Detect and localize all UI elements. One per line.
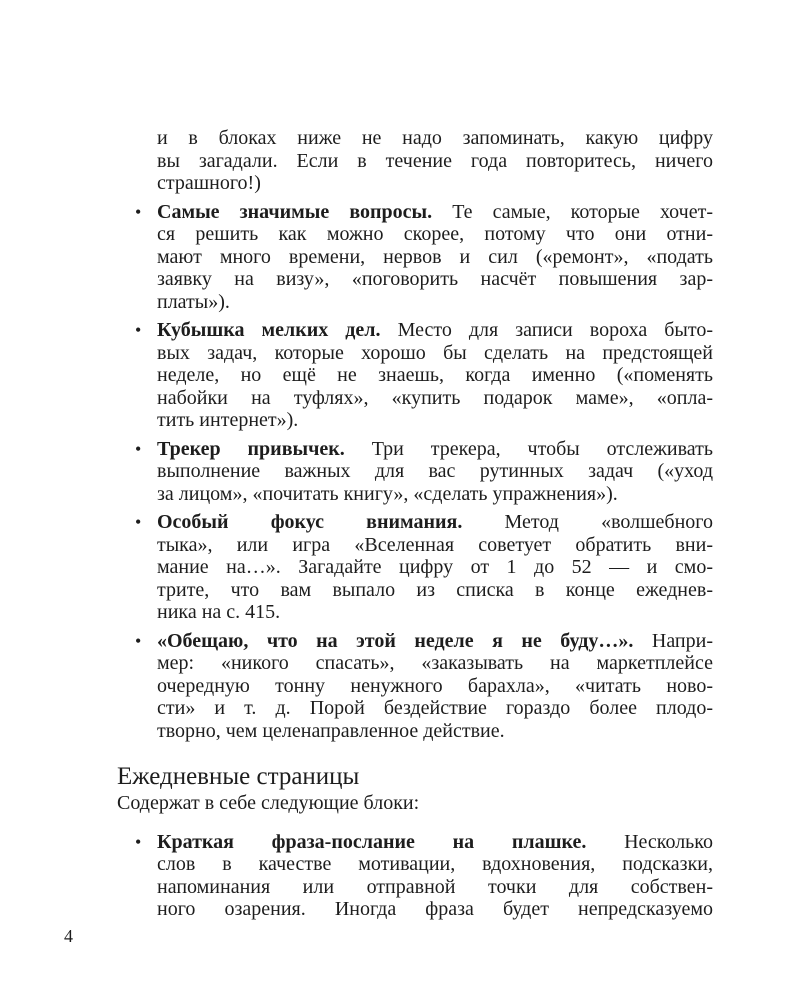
book-page: и в блоках ниже не надо запоминать, каку…: [0, 0, 800, 1000]
page-number: 4: [64, 925, 73, 947]
text-line: «Обещаю, что на этой неделе я не буду…».…: [157, 630, 713, 653]
bullet-item: •Кубышка мелких дел. Место для записи во…: [157, 319, 713, 432]
text-line: сти» и т. д. Порой бездействие гораздо б…: [157, 697, 713, 720]
text-line: Особый фокус внимания. Метод «волшебного: [157, 511, 713, 534]
bullet-lead-bold: Краткая фраза-послание на плашке.: [157, 831, 586, 853]
text-line: творно, чем целенаправленное действие.: [157, 720, 713, 743]
text-line: платы»).: [157, 291, 713, 314]
paragraph: Содержат в себе следующие блоки:: [117, 792, 713, 815]
bullet-lead-bold: Кубышка мелких дел.: [157, 319, 381, 341]
paragraph: и в блоках ниже не надо запоминать, каку…: [157, 127, 713, 195]
text-line: Кубышка мелких дел. Место для записи вор…: [157, 319, 713, 342]
text-line: очередную тонну ненужного барахла», «чит…: [157, 675, 713, 698]
text-line: ного озарения. Иногда фраза будет непред…: [157, 898, 713, 921]
bullet-marker-icon: •: [135, 438, 141, 461]
bullet-marker-icon: •: [135, 831, 141, 854]
bullet-lead-bold: «Обещаю, что на этой неделе я не буду…».: [157, 630, 633, 652]
bullet-item: •Самые значимые вопросы. Те самые, котор…: [157, 201, 713, 314]
text-line: Самые значимые вопросы. Те самые, которы…: [157, 201, 713, 224]
text-line: тыка», или игра «Вселенная советует обра…: [157, 534, 713, 557]
bullet-marker-icon: •: [135, 319, 141, 342]
bullet-marker-icon: •: [135, 201, 141, 224]
text-line: слов в качестве мотивации, вдохновения, …: [157, 853, 713, 876]
bullet-marker-icon: •: [135, 511, 141, 534]
text-line: и в блоках ниже не надо запоминать, каку…: [157, 127, 713, 150]
bullet-item: •«Обещаю, что на этой неделе я не буду…»…: [157, 630, 713, 743]
bullet-lead-bold: Особый фокус внимания.: [157, 511, 462, 533]
text-line: страшного!): [157, 172, 713, 195]
text-line: заявку на визу», «поговорить насчёт повы…: [157, 268, 713, 291]
text-line: выполнение важных для вас рутинных задач…: [157, 460, 713, 483]
text-line: мают много времени, нервов и сил («ремон…: [157, 246, 713, 269]
text-line: вы загадали. Если в течение года повтори…: [157, 150, 713, 173]
text-line: тить интернет»).: [157, 409, 713, 432]
bullet-item: •Краткая фраза-послание на плашке. Неско…: [157, 831, 713, 921]
bullet-lead-bold: Трекер привычек.: [157, 438, 345, 460]
text-line: Содержат в себе следующие блоки:: [117, 792, 713, 815]
section-heading: Ежедневные страницы: [117, 762, 713, 792]
page-content: и в блоках ниже не надо запоминать, каку…: [117, 127, 713, 927]
text-line: неделе, но ещё не знаешь, когда именно (…: [157, 364, 713, 387]
text-line: мание на…». Загадайте цифру от 1 до 52 —…: [157, 556, 713, 579]
text-line: вых задач, которые хорошо бы сделать на …: [157, 342, 713, 365]
bullet-marker-icon: •: [135, 630, 141, 653]
text-line: ся решить как можно скорее, потому что о…: [157, 223, 713, 246]
bullet-lead-bold: Самые значимые вопросы.: [157, 201, 432, 223]
text-line: Трекер привычек. Три трекера, чтобы отсл…: [157, 438, 713, 461]
text-line: напоминания или отправной точки для собс…: [157, 876, 713, 899]
bullet-item: •Трекер привычек. Три трекера, чтобы отс…: [157, 438, 713, 506]
text-line: набойки на туфлях», «купить подарок маме…: [157, 387, 713, 410]
text-line: мер: «никого спасать», «заказывать на ма…: [157, 652, 713, 675]
text-line: трите, что вам выпало из списка в конце …: [157, 579, 713, 602]
text-line: за лицом», «почитать книгу», «сделать уп…: [157, 483, 713, 506]
text-line: Краткая фраза-послание на плашке. Нескол…: [157, 831, 713, 854]
bullet-item: •Особый фокус внимания. Метод «волшебног…: [157, 511, 713, 624]
text-line: ника на с. 415.: [157, 601, 713, 624]
